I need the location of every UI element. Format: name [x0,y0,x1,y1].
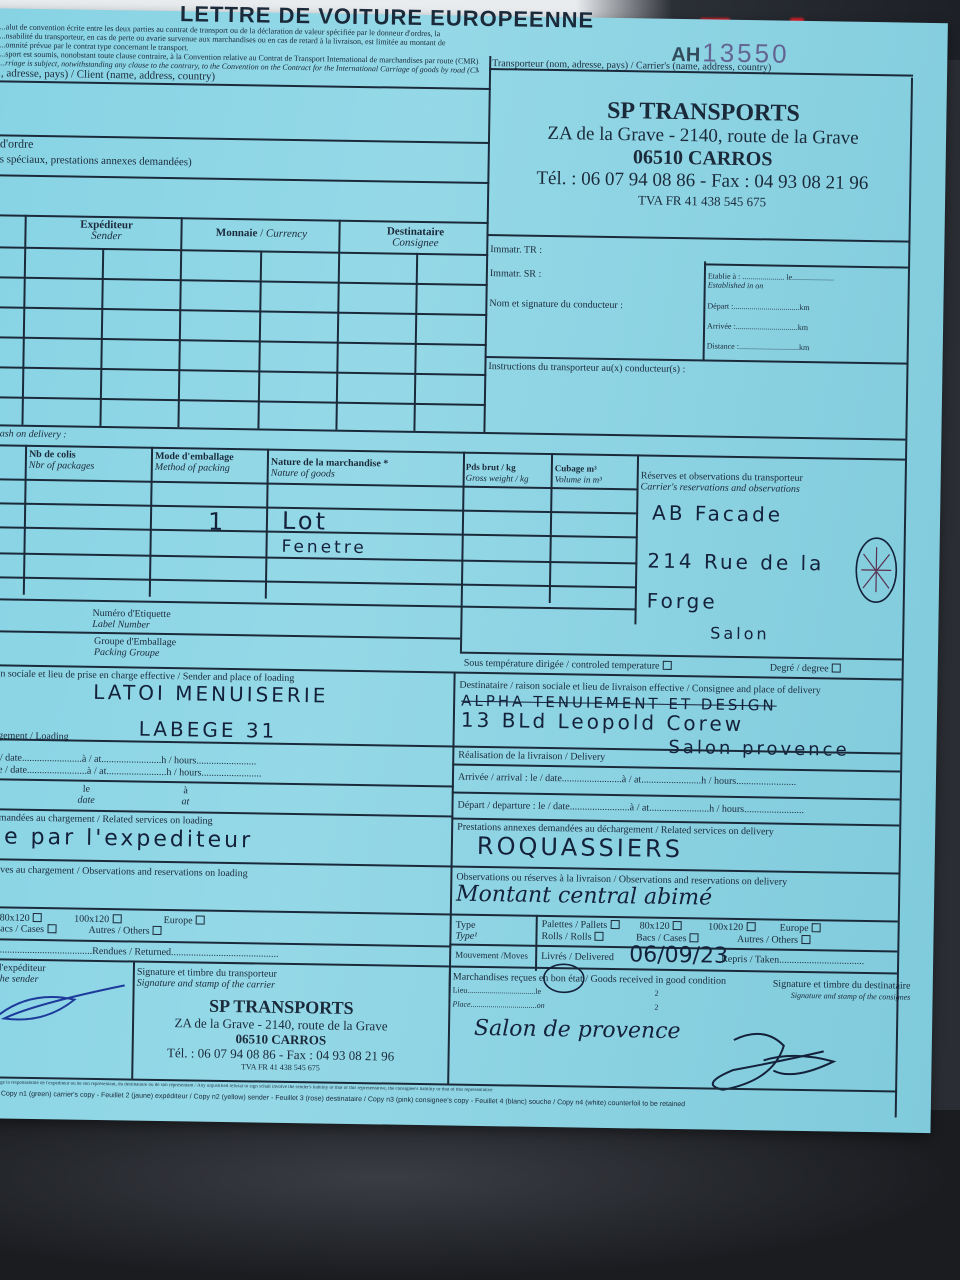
place-line: Place.................................on [452,1000,544,1010]
handwritten-consignee-address: 13 BLd Leopold Corew [461,708,745,736]
charges-header-consignee: DestinataireConsignee [342,226,488,250]
loading-label: argement / Loading [0,730,69,742]
returned-line: ........................................… [0,944,279,960]
temperature-checkbox[interactable] [662,661,671,670]
loading-reservations-label: serves au chargement / Observations and … [0,864,248,879]
handwritten-loading-services: ce par l'expediteur [0,824,253,853]
goods-header-volume: Cubage m³Volume in m³ [555,463,603,486]
handwritten-delivery-place: Salon de provence [474,1016,681,1044]
background-bottom [0,1110,960,1280]
handwritten-delivery-observations: Montant central abimé [456,882,712,911]
handwritten-sender-line1: LATOI MENUISERIE [93,680,328,708]
arrival-km: Arrivée :...............................… [707,321,808,332]
driver-label: Nom et signature du conducteur : [489,298,623,311]
consignee-signature-label: Signature et timbre du destinataireSigna… [773,979,911,1003]
taken-label: Repris / Taken..........................… [721,954,864,967]
goods-header-packages: Nb de colisNbr of packages [29,449,95,472]
goods-header-nature: Nature de la marchandise *Nature of good… [271,457,389,481]
special-label: s spéciaux, prestations annexes demandée… [0,154,192,168]
degree-checkbox[interactable] [832,663,841,672]
carrier-signature-label: Signature et timbre du transporteurSigna… [137,967,277,991]
label-number: Numéro d'EtiquetteLabel Number [92,608,171,631]
carrier-stamp: SP TRANSPORTS ZA de la Grave - 2140, rou… [492,96,914,213]
divider [486,56,491,236]
cmr-consignment-note: LETTRE DE VOITURE EUROPEENNE AH13550 ...… [0,8,948,1133]
handwritten-delivery-services: ROQUASSIERS [477,832,683,863]
type-label: TypeType¹ [455,920,477,942]
handwritten-sender-line2: LABEGE 31 [139,717,278,743]
tr-label: Immatr. TR : [490,244,542,256]
handwritten-delivered-date: 06/09/23 [629,942,728,969]
handwritten-nature-line2: Fenetre [281,537,367,558]
goods-header-packing: Mode d'emballageMethod of packing [155,451,234,474]
delivery-departure-line: Départ / departure : le / date..........… [457,800,804,816]
goods-received-label: Marchandises reçues en bon état / Goods … [453,972,726,987]
charges-header-currency: Monnaie / Currency [186,227,336,240]
handwritten-reservation-line1: AB Facade [652,501,783,527]
donneur-label: d'ordre [0,138,33,150]
goods-header-weight: Pds brut / kgGross weight / kg [466,462,529,485]
cash-on-delivery-label: cash on delivery : [0,428,67,440]
depart-km: Départ :................................… [707,301,809,312]
sr-label: Immatr. SR : [490,268,542,280]
charges-header-sender: ExpéditeurSender [36,219,176,243]
handwritten-reservation-line4: Salon [710,624,770,644]
hand-drawn-circle-icon [851,532,902,608]
handwritten-reservation-line2: 214 Rue de la [647,549,824,576]
hand-drawn-circle-icon [541,961,588,996]
legal-text: ...alut de convention écrite entre les d… [0,22,490,75]
lieu-line: Lieu..................................le [453,986,542,996]
carrier-stamp-bottom: SP TRANSPORTS ZA de la Grave - 2140, rou… [135,995,426,1076]
distance-km: Distance :..............................… [707,341,810,352]
moves-label: Mouvement /Moves [455,950,528,962]
handwritten-packing-count: 1 [208,508,227,536]
delivery-arrival-line: Arrivée / arrival : le / date...........… [458,772,796,788]
temperature-label: Sous température dirigée / controled tem… [464,658,672,672]
delivery-label: Réalisation de la livraison / Delivery [458,750,605,763]
handwritten-reservation-line3: Forge [647,589,718,614]
carrier-reservations-label: Réserves et observations du transporteur… [640,470,803,495]
handwritten-nature-line1: Lot [282,507,328,536]
degree-label: Degré / degree [770,662,841,674]
packing-group: Groupe d'EmballagePacking Groupe [94,636,176,659]
sender-signature [0,978,135,1040]
loading-pallet-others: Bacs / Cases Autres / Others [0,923,162,937]
instructions-label: Instructions du transporteur au(x) condu… [488,361,685,375]
